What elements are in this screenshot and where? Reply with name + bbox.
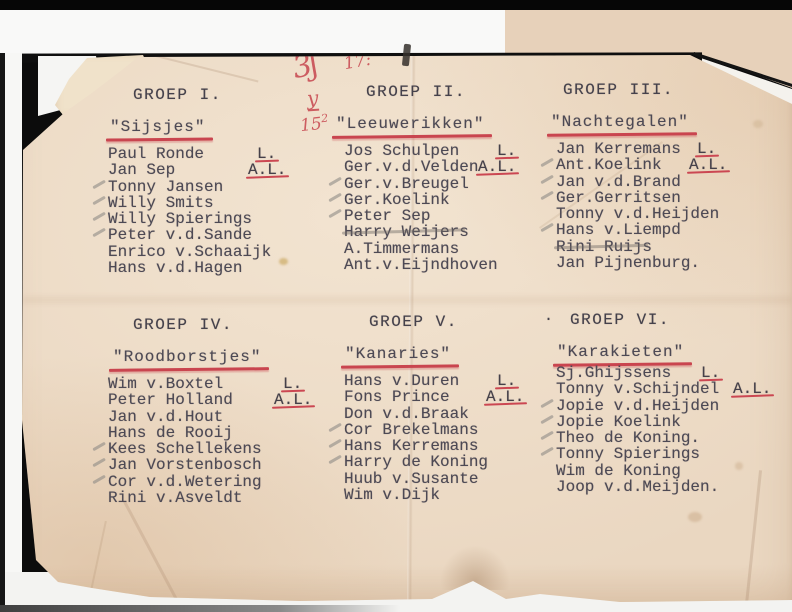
member-name: Tonny Jansen [108,178,223,196]
member-name: Joop v.d.Meijden. [556,478,719,496]
list-item: Enrico v.Schaaijk [108,244,353,260]
role-badge: A.L. [733,381,771,397]
bullet-dot: · [544,311,555,328]
group-title: "Karakieten" [557,343,684,361]
list-item: Tonny Spierings [556,446,792,462]
member-name: Hans v.d.Hagen [108,259,242,277]
role-badge: A.L. [478,159,516,175]
role-badge: L. [497,373,516,389]
role-badge: L. [701,365,720,381]
list-item: Paul RondeL. [108,146,353,162]
member-name: Jan Sep [108,161,175,179]
list-item: Ger.Gerritsen [556,190,792,206]
list-item: Ant.v.Eijndhoven [344,257,589,273]
role-badge: L. [283,376,302,392]
list-item: Rini Ruijs [556,239,792,255]
member-name: Cor Brekelmans [344,421,478,439]
group-header: GROEP IV. [133,316,353,336]
group-section-6: ·GROEP VI. "Karakieten" Sj.GhijssensL.To… [556,311,792,495]
list-item: Ant.KoelinkA.L. [556,157,792,173]
paper-stain [688,512,702,522]
list-item: Jopie Koelink [556,414,792,430]
red-pencil-mark: y [306,88,319,109]
pencil-tick-mark [92,196,105,205]
list-item: Jan Pijnenburg. [556,255,792,271]
member-name: Ant.v.Eijndhoven [344,256,498,274]
member-name: Tonny v.Schijndel [556,380,719,398]
member-name: Jan v.d.Hout [108,408,223,426]
pencil-tick-mark [92,458,105,467]
member-name: Wim v.Dijk [344,486,440,504]
group-header-text: GROEP VI. [570,311,670,329]
mid-tonal-band [22,296,792,304]
list-item: Harry Weijers [344,224,589,240]
list-item: Huub v.Susante [344,471,589,487]
list-item: Jopie v.d.Heijden [556,398,792,414]
pencil-tick-mark [92,474,105,483]
member-name: Ger.v.Breugel [344,175,469,193]
list-item: Ger.v.d.VeldenA.L. [344,159,589,175]
role-badge: A.L. [486,389,524,405]
role-badge: A.L. [274,392,312,408]
role-badge: L. [257,146,276,162]
member-name: Harry Weijers [344,223,469,241]
member-name: Paul Ronde [108,145,204,163]
member-name: Peter Holland [108,391,233,409]
member-name: Fons Prince [344,388,450,406]
paper-sheet: GROEP I. "Sijsjes" Paul RondeL.Jan SepA.… [0,0,792,612]
list-item: Peter v.d.Sande [108,227,353,243]
pencil-tick-mark [92,179,105,188]
member-name: Ger.v.d.Velden [344,158,478,176]
list-item: Jan Vorstenbosch [108,457,353,473]
list-item: Don v.d.Braak [344,406,589,422]
group-title: "Kanaries" [345,345,451,363]
list-item: Tonny Jansen [108,179,353,195]
pencil-tick-mark [92,442,105,451]
scan-left-white-strip [5,53,22,602]
member-list: Sj.GhijssensL.Tonny v.SchijndelA.L.Jopie… [556,365,792,495]
list-item: Hans v.d.Hagen [108,260,353,276]
list-item: Wim de Koning [556,463,792,479]
group-title: "Roodborstjes" [113,348,261,366]
list-item: Jan KerremansL. [556,141,792,157]
list-item: Ger.v.Breugel [344,176,589,192]
role-badge: L. [697,141,716,157]
crease-bottom-left-1 [123,501,179,604]
pencil-tick-mark [92,228,105,237]
member-list: Jan KerremansL.Ant.KoelinkA.L.Jan v.d.Br… [556,141,792,271]
group-title: "Nachtegalen" [551,113,689,131]
group-section-3: GROEP III. "Nachtegalen" Jan KerremansL.… [556,81,792,271]
member-name: Don v.d.Braak [344,405,469,423]
member-list: Hans v.DurenL.Fons PrinceA.L.Don v.d.Bra… [344,373,589,503]
group-section-4: GROEP IV. "Roodborstjes" Wim v.BoxtelL.P… [108,316,353,506]
list-item: Willy Smits [108,195,353,211]
list-item: Wim v.Dijk [344,487,589,503]
scan-bottom-dark-sliver [0,605,400,612]
list-item: Hans de Rooij [108,425,353,441]
member-name: Peter v.d.Sande [108,226,252,244]
list-item: Harry de Koning [344,454,589,470]
member-name: Ger.Koelink [344,191,450,209]
group-header: ·GROEP VI. [570,311,792,331]
list-item: Sj.GhijssensL. [556,365,792,381]
member-name: Harry de Koning [344,453,488,471]
red-pencil-mark: 152 [299,113,330,136]
member-name: Jan Pijnenburg. [556,254,700,272]
pencil-tick-mark [92,212,105,221]
scan-top-black-bar [0,0,792,10]
list-item: Jan SepA.L. [108,162,353,178]
member-list: Jos SchulpenL.Ger.v.d.VeldenA.L.Ger.v.Br… [344,143,589,273]
group-title: "Leeuwerikken" [336,115,484,133]
list-item: Joop v.d.Meijden. [556,479,792,495]
list-item: Jos SchulpenL. [344,143,589,159]
list-item: Tonny v.SchijndelA.L. [556,381,792,397]
scanned-document-scan: GROEP I. "Sijsjes" Paul RondeL.Jan SepA.… [0,0,792,612]
member-name: Hans v.Liempd [556,221,681,239]
member-name: Ant.Koelink [556,156,662,174]
list-item: Hans v.DurenL. [344,373,589,389]
list-item: Fons PrinceA.L. [344,389,589,405]
list-item: Jan v.d.Hout [108,409,353,425]
member-list: Paul RondeL.Jan SepA.L.Tonny JansenWilly… [108,146,353,276]
group-section-2: GROEP II. "Leeuwerikken" Jos SchulpenL.G… [344,83,589,273]
member-name: Jopie v.d.Heijden [556,397,719,415]
list-item: Ger.Koelink [344,192,589,208]
scanner-white-band [0,10,516,57]
list-item: Hans v.Liempd [556,222,792,238]
member-name: Tonny Spierings [556,445,700,463]
role-badge: A.L. [248,162,286,178]
list-item: Cor v.d.Wetering [108,474,353,490]
list-item: Rini v.Asveldt [108,490,353,506]
group-header: GROEP I. [133,86,353,106]
group-title: "Sijsjes" [110,118,205,136]
member-list: Wim v.BoxtelL.Peter HollandA.L.Jan v.d.H… [108,376,353,506]
member-name: Rini v.Asveldt [108,489,242,507]
role-badge: L. [497,143,516,159]
group-section-5: GROEP V. "Kanaries" Hans v.DurenL.Fons P… [344,313,589,503]
member-name: Jan v.d.Brand [556,173,681,191]
list-item: Jan v.d.Brand [556,174,792,190]
role-badge: A.L. [689,157,727,173]
list-item: A.Timmermans [344,241,589,257]
list-item: Wim v.BoxtelL. [108,376,353,392]
list-item: Peter HollandA.L. [108,392,353,408]
member-name: Jan Vorstenbosch [108,456,262,474]
